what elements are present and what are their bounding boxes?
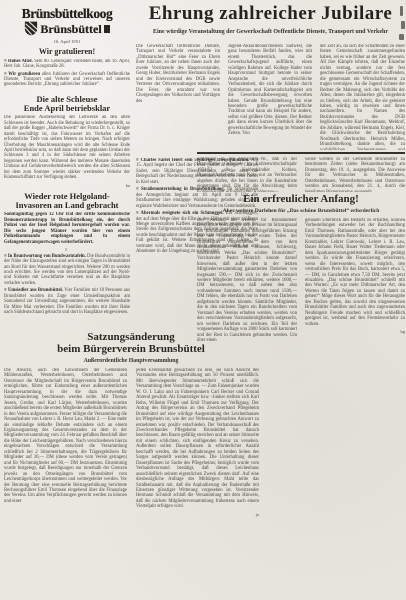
article-ehrung-subhead: Eine würdige Veranstaltung der Gewerksch… — [136, 29, 405, 35]
helgoland-lead: Sonntagmittag gegen 12 Uhr traf der drit… — [4, 212, 130, 245]
helgoland-brief: ≡ In Beantwortung von Bundwarntafeln. Di… — [4, 254, 130, 287]
article-satzung-col2-text: jeden Eventualität gewachsen zu sein, se… — [136, 368, 259, 510]
gratulieren-item-lead: ≡ Wir gratulieren — [4, 72, 40, 77]
helgoland-brief-lead: ≡ Umsiedler aus Brunsbüttel. — [4, 288, 63, 293]
crest-icon — [24, 21, 38, 36]
article-ehrung: Ehrung zahlreicher Jubilare Eine würdige… — [136, 2, 405, 35]
article-satzung-subhead: Außerordentliche Hauptversammlung — [2, 358, 260, 364]
left-column: Wir gratulieren! ≡ Hohes Alter. Sein 80.… — [4, 48, 130, 329]
helgoland-brief-lead: ≡ In Beantwortung von Bundwarntafeln. — [4, 254, 86, 259]
helgoland-section-mark: ≡ — [4, 247, 130, 252]
masthead: Brünsbüttelkoog Brünsbüttel 16. April 19… — [2, 6, 132, 44]
article-ehrung-headline: Ehrung zahlreicher Jubilare — [136, 2, 405, 26]
helgoland-heading-line2: Invasoren an Land gebracht — [4, 201, 130, 210]
gratulieren-item-lead: ≡ Hohes Alter. — [4, 59, 33, 64]
gratulieren-heading: Wir gratulieren! — [4, 48, 130, 57]
kohlen-notice-col1: sammlung in der Bekanntm.-Nr., daß in de… — [197, 157, 297, 192]
article-anfang-headline: Ein erfreulicher Anfang! — [197, 194, 405, 206]
gratulieren-item: ≡ Wir gratulieren allen Jubilaren der Ge… — [4, 72, 130, 88]
newspaper-page: Brünsbüttelkoog Brünsbüttel 16. April 19… — [0, 0, 406, 600]
schleuse-heading: Die alte Schleuse Ende April betriebskla… — [4, 95, 130, 113]
article-satzung-end-mark: ja — [136, 512, 259, 517]
article-anfang-col2: genauen Überblick des Bedarfs zu erhalte… — [305, 218, 405, 358]
masthead-title: Brünsbüttelkoog — [2, 6, 132, 21]
article-satzung-headline-line2: beim Bürgerverein Brunsbüttel — [2, 344, 260, 356]
helgoland-heading: Wieder rote Helgoland- Invasoren an Land… — [4, 192, 130, 210]
article-satzung-headline: Satzungsänderung beim Bürgerverein Bruns… — [2, 332, 260, 356]
issue-date: 16. April 1951 — [2, 39, 132, 44]
article-satzung-col1: Die Absicht, auch den Einwohnern der Gem… — [4, 368, 127, 596]
article-satzung-col2: jeden Eventualität gewachsen zu sein, se… — [136, 368, 259, 596]
article-ehrung-col1: Die Gewerkschaft Oeffentliche Dienste, T… — [136, 44, 220, 150]
article-satzung: Satzungsänderung beim Bürgerverein Bruns… — [2, 332, 260, 364]
kohlen-notice-col2: weise werden in der Gemeinde Brunsbüttel… — [305, 157, 405, 192]
article-anfang-subhead: Aber weitere Darlehen für „Das schöne Br… — [197, 208, 405, 214]
article-anfang: Ein erfreulicher Anfang! Aber weitere Da… — [197, 194, 405, 214]
schleuse-body: Die pausenlose Ausbesserung der Leitwerk… — [4, 115, 130, 180]
schleuse-end-mark: ba — [4, 183, 130, 188]
masthead-subtitle: Brünsbüttel — [40, 22, 101, 36]
helgoland-brief-text: Die Bundwarntafeln in der Nähe der Einzu… — [4, 254, 130, 286]
gratulieren-item: ≡ Hohes Alter. Sein 80. Lebensjahr volle… — [4, 59, 130, 70]
ornament-icon — [104, 25, 110, 33]
article-ehrung-col3: der Zeit an, da sich die Schaffenden zu … — [320, 44, 405, 150]
section-divider-rule — [197, 152, 405, 154]
masthead-subtitle-row: Brünsbüttel — [2, 21, 132, 36]
article-ehrung-col2: Jugend-Akkordeonorchesters Südwest, die … — [228, 44, 312, 150]
article-anfang-col2-text: genauen Überblick des Bedarfs zu erhalte… — [305, 218, 405, 327]
schleuse-heading-line2: Ende April betriebsklar — [4, 104, 130, 113]
helgoland-brief: ≡ Umsiedler aus Brunsbüttel. Vier Famili… — [4, 288, 130, 315]
article-anfang-end-mark: bg — [305, 329, 405, 334]
